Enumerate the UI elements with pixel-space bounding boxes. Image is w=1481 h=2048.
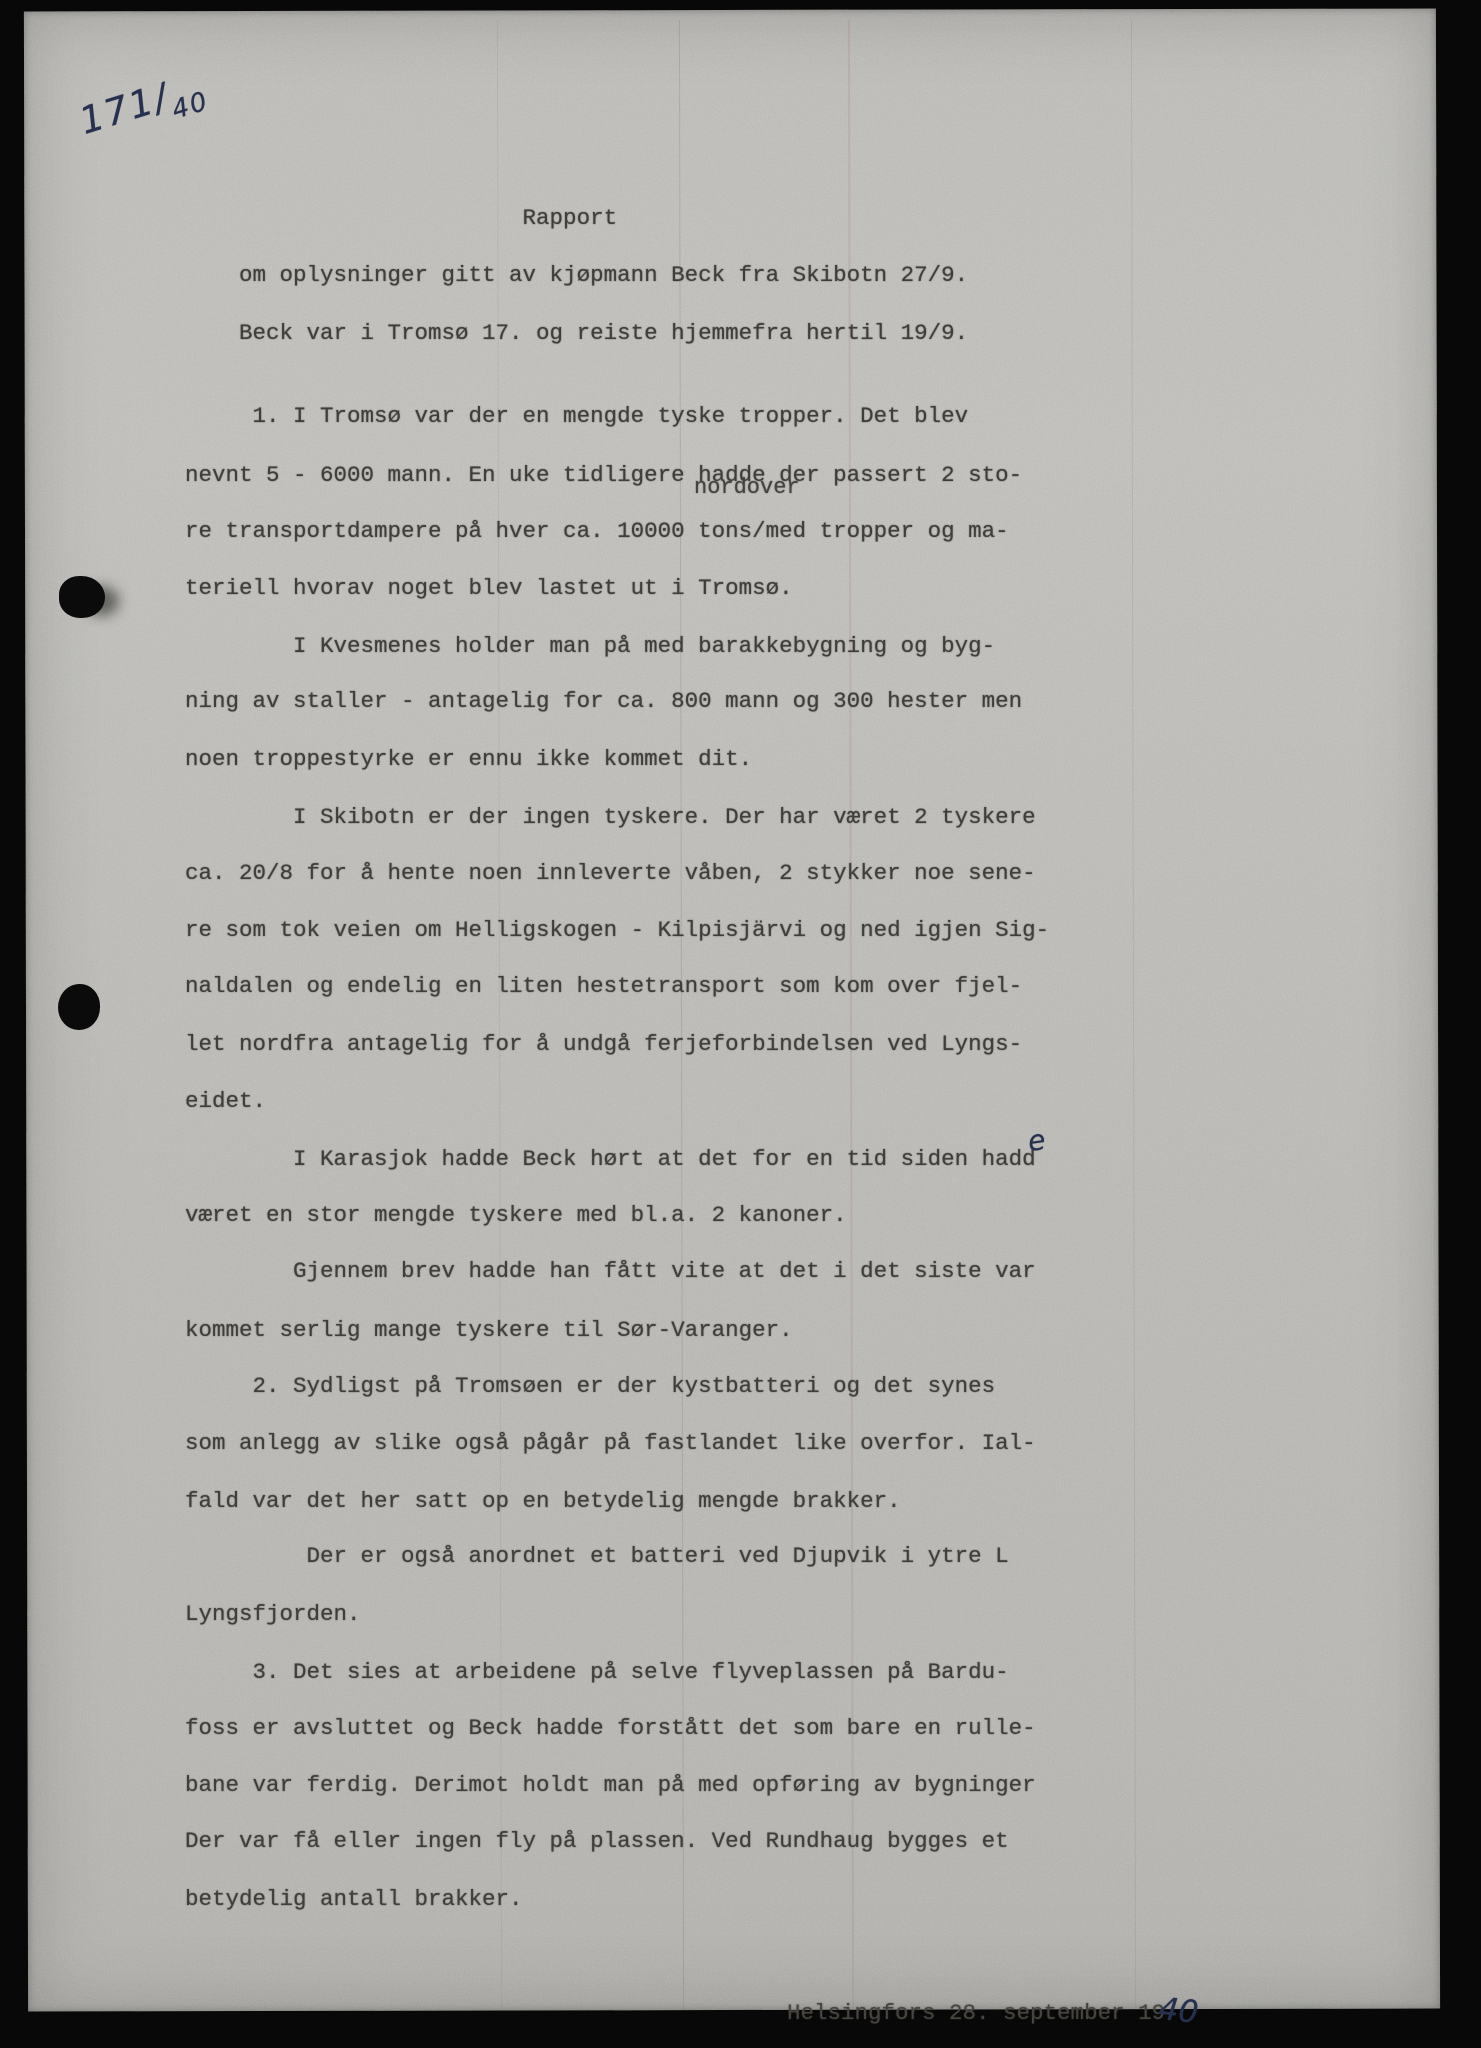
typed-line: fald var det her satt op en betydelig me… xyxy=(185,1473,1049,1530)
typed-line: ca. 20/8 for å hente noen innleverte våb… xyxy=(185,845,1049,902)
typed-line: betydelig antall brakker. xyxy=(185,1871,1049,1928)
typed-line: om oplysninger gitt av kjøpmann Beck fra… xyxy=(185,247,1049,304)
typed-line xyxy=(185,361,1049,389)
typed-line: re transportdampere på hver ca. 10000 to… xyxy=(185,503,1049,560)
typed-line: Gjennem brev hadde han fått vite at det … xyxy=(185,1243,1049,1300)
typed-line: Rapport xyxy=(185,190,1049,247)
date-typed: Helsingfors 28. september 19 xyxy=(787,2000,1165,2026)
typed-text-block: Rapport om oplysninger gitt av kjøpmann … xyxy=(185,190,1049,1928)
typed-line: 3. Det sies at arbeidene på selve flyvep… xyxy=(185,1644,1049,1701)
punch-hole xyxy=(58,984,100,1030)
typed-line: naldalen og endelig en liten hestetransp… xyxy=(185,958,1049,1015)
typed-line: noen troppestyrke er ennu ikke kommet di… xyxy=(185,731,1049,788)
typed-line: Der var få eller ingen fly på plassen. V… xyxy=(185,1813,1049,1870)
handwritten-year: 40 xyxy=(1156,1981,1201,2042)
typed-line: foss er avsluttet og Beck hadde forstått… xyxy=(185,1700,1049,1757)
typed-line: Lyngsfjorden. xyxy=(185,1586,1049,1643)
typed-line: bane var ferdig. Derimot holdt man på me… xyxy=(185,1757,1049,1814)
punch-hole xyxy=(59,576,105,618)
typed-line: 2. Sydligst på Tromsøen er der kystbatte… xyxy=(185,1358,1049,1415)
typed-line: teriell hvorav noget blev lastet ut i Tr… xyxy=(185,560,1049,617)
typed-line: let nordfra antagelig for å undgå ferjef… xyxy=(185,1016,1049,1073)
typed-line: I Skibotn er der ingen tyskere. Der har … xyxy=(185,789,1049,846)
typed-line: ning av staller - antagelig for ca. 800 … xyxy=(185,673,1049,730)
scanned-document: 171/40 Rapport om oplysninger gitt av kj… xyxy=(0,0,1481,2048)
typed-line: kommet serlig mange tyskere til Sør-Vara… xyxy=(185,1302,1049,1359)
typed-line: I Kvesmenes holder man på med barakkebyg… xyxy=(185,618,1049,675)
typed-line: Der er også anordnet et batteri ved Djup… xyxy=(185,1528,1049,1585)
typed-line: re som tok veien om Helligskogen - Kilpi… xyxy=(185,902,1049,959)
typed-insertion-nordover: nordover xyxy=(694,471,800,505)
typed-line: I Karasjok hadde Beck hørt at det for en… xyxy=(185,1131,1049,1188)
typed-line: Beck var i Tromsø 17. og reiste hjemmefr… xyxy=(185,305,1049,362)
typed-line: 1. I Tromsø var der en mengde tyske trop… xyxy=(185,388,1049,445)
typed-line: eidet. xyxy=(185,1073,1049,1130)
typed-line: været en stor mengde tyskere med bl.a. 2… xyxy=(185,1187,1049,1244)
date-line: Helsingfors 28. september 1940 xyxy=(733,1924,1199,1981)
typed-line: som anlegg av slike også pågår på fastla… xyxy=(185,1415,1049,1472)
typed-line: nevnt 5 - 6000 mann. En uke tidligere ha… xyxy=(185,447,1049,504)
